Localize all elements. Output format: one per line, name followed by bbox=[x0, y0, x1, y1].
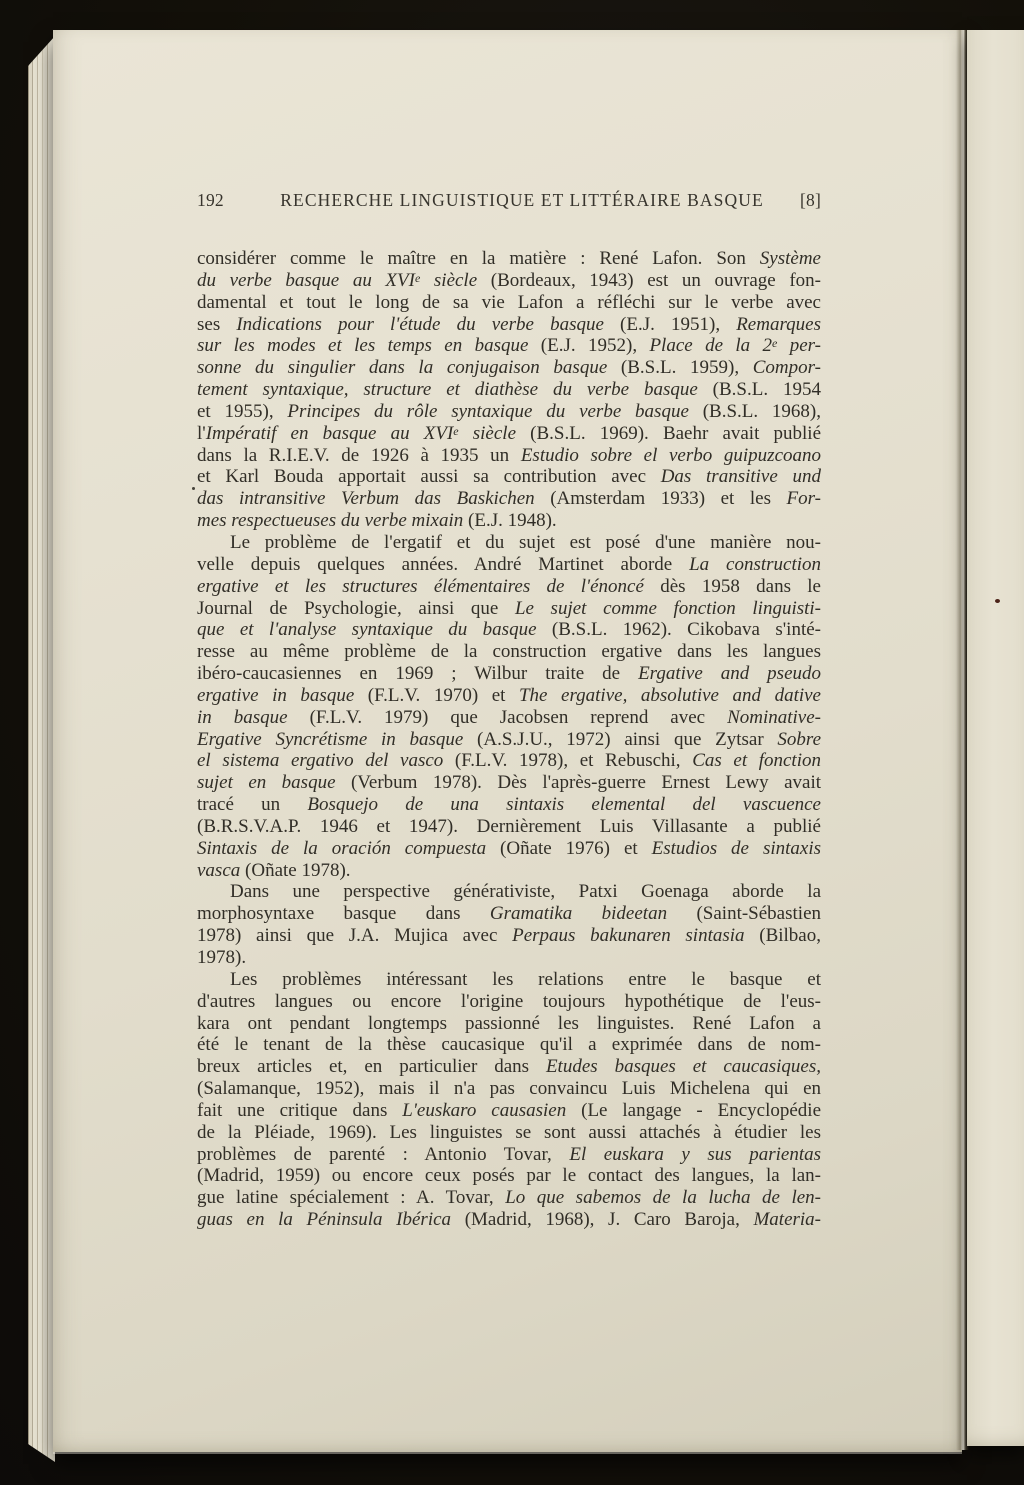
text-line: problèmes de parenté : Antonio Tovar, El… bbox=[197, 1144, 821, 1166]
text-line: (Salamanque, 1952), mais il n'a pas conv… bbox=[197, 1078, 821, 1100]
text-line: sur les modes et les temps en basque (E.… bbox=[197, 335, 821, 357]
facing-page-sliver bbox=[967, 30, 1024, 1446]
text-line: Dans une perspective générativiste, Patx… bbox=[197, 881, 821, 903]
text-line: ses Indications pour l'étude du verbe ba… bbox=[197, 314, 821, 336]
text-line: tement syntaxique, structure et diathèse… bbox=[197, 379, 821, 401]
ink-speck bbox=[995, 599, 1000, 603]
text-line: Le problème de l'ergatif et du sujet est… bbox=[197, 532, 821, 554]
text-body: considérer comme le maître en la matière… bbox=[197, 248, 821, 1231]
text-line: das intransitive Verbum das Baskichen (A… bbox=[197, 488, 821, 510]
text-line: (Madrid, 1959) ou encore ceux posés par … bbox=[197, 1165, 821, 1187]
text-line: breux articles et, en particulier dans E… bbox=[197, 1056, 821, 1078]
page-stack-edges bbox=[28, 36, 55, 1462]
text-line: ergative et les structures élémentaires … bbox=[197, 576, 821, 598]
text-line: ergative in basque (F.L.V. 1970) et The … bbox=[197, 685, 821, 707]
text-line: d'autres langues ou encore l'origine tou… bbox=[197, 991, 821, 1013]
text-line: damental et tout le long de sa vie Lafon… bbox=[197, 292, 821, 314]
text-line: et 1955), Principes du rôle syntaxique d… bbox=[197, 401, 821, 423]
text-line: 1978). bbox=[197, 947, 821, 969]
book-scan: 192 RECHERCHE LINGUISTIQUE ET LITTÉRAIRE… bbox=[0, 0, 1024, 1485]
running-title: RECHERCHE LINGUISTIQUE ET LITTÉRAIRE BAS… bbox=[257, 190, 787, 211]
text-line: l'Impératif en basque au XVIe siècle (B.… bbox=[197, 423, 821, 445]
text-line: Journal de Psychologie, ainsi que Le suj… bbox=[197, 598, 821, 620]
margin-speck bbox=[192, 487, 195, 490]
text-line: mes respectueuses du verbe mixain (E.J. … bbox=[197, 510, 821, 532]
text-line: gue latine spécialement : A. Tovar, Lo q… bbox=[197, 1187, 821, 1209]
text-line: resse au même problème de la constructio… bbox=[197, 641, 821, 663]
text-line: sonne du singulier dans la conjugaison b… bbox=[197, 357, 821, 379]
text-line: velle depuis quelques années. André Mart… bbox=[197, 554, 821, 576]
text-line: fait une critique dans L'euskaro causasi… bbox=[197, 1100, 821, 1122]
text-line: considérer comme le maître en la matière… bbox=[197, 248, 821, 270]
text-line: morphosyntaxe basque dans Gramatika bide… bbox=[197, 903, 821, 925]
page-header: 192 RECHERCHE LINGUISTIQUE ET LITTÉRAIRE… bbox=[197, 190, 821, 211]
text-line: de la Pléiade, 1969). Les linguistes se … bbox=[197, 1122, 821, 1144]
text-line: sujet en basque (Verbum 1978). Dès l'apr… bbox=[197, 772, 821, 794]
text-line: et Karl Bouda apportait aussi sa contrib… bbox=[197, 466, 821, 488]
book-page: 192 RECHERCHE LINGUISTIQUE ET LITTÉRAIRE… bbox=[53, 30, 962, 1452]
text-line: (B.R.S.V.A.P. 1946 et 1947). Dernièremen… bbox=[197, 816, 821, 838]
text-line: Les problèmes intéressant les relations … bbox=[197, 969, 821, 991]
text-line: vasca (Oñate 1978). bbox=[197, 860, 821, 882]
text-line: 1978) ainsi que J.A. Mujica avec Perpaus… bbox=[197, 925, 821, 947]
text-line: été le tenant de la thèse caucasique qu'… bbox=[197, 1034, 821, 1056]
text-line: el sistema ergativo del vasco (F.L.V. 19… bbox=[197, 750, 821, 772]
page-number: 192 bbox=[197, 190, 257, 211]
text-line: dans la R.I.E.V. de 1926 à 1935 un Estud… bbox=[197, 445, 821, 467]
text-line: in basque (F.L.V. 1979) que Jacobsen rep… bbox=[197, 707, 821, 729]
text-line: du verbe basque au XVIe siècle (Bordeaux… bbox=[197, 270, 821, 292]
text-line: Sintaxis de la oración compuesta (Oñate … bbox=[197, 838, 821, 860]
text-line: tracé un Bosquejo de una sintaxis elemen… bbox=[197, 794, 821, 816]
text-line: guas en la Péninsula Ibérica (Madrid, 19… bbox=[197, 1209, 821, 1231]
text-line: Ergative Syncrétisme in basque (A.S.J.U.… bbox=[197, 729, 821, 751]
section-ref: [8] bbox=[787, 190, 821, 211]
text-line: ibéro-caucasiennes en 1969 ; Wilbur trai… bbox=[197, 663, 821, 685]
text-line: kara ont pendant longtemps passionné les… bbox=[197, 1013, 821, 1035]
text-line: que et l'analyse syntaxique du basque (B… bbox=[197, 619, 821, 641]
